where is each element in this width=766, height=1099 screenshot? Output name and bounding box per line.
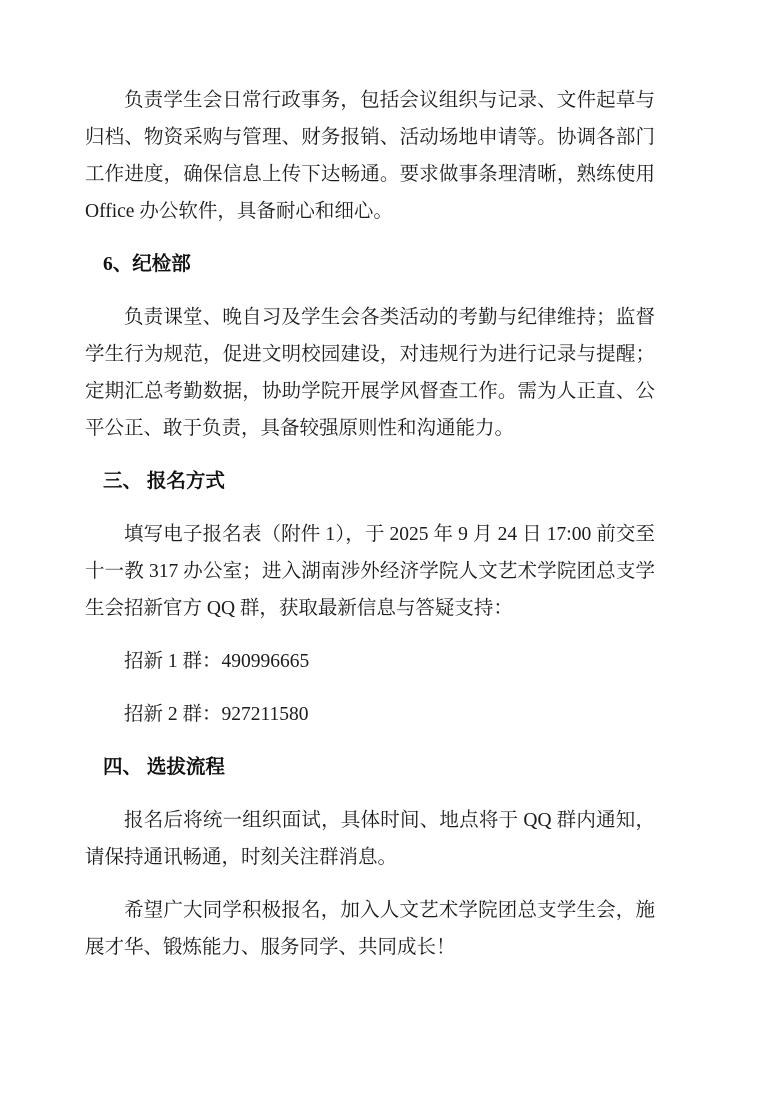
paragraph-office-dept-duties: 负责学生会日常行政事务，包括会议组织与记录、文件起草与归档、物资采购与管理、财务… (85, 82, 655, 230)
heading-selection-process: 四、 选拔流程 (85, 749, 655, 786)
paragraph-closing-appeal: 希望广大同学积极报名，加入人文艺术学院团总支学生会，施展才华、锻炼能力、服务同学… (85, 892, 655, 966)
paragraph-discipline-dept-duties: 负责课堂、晚自习及学生会各类活动的考勤与纪律维持；监督学生行为规范，促进文明校园… (85, 299, 655, 447)
paragraph-registration-details: 填写电子报名表（附件 1），于 2025 年 9 月 24 日 17:00 前交… (85, 516, 655, 627)
qq-group-1-line: 招新 1 群：490996665 (85, 643, 655, 680)
qq-group-2-line: 招新 2 群：927211580 (85, 696, 655, 733)
document-page: 负责学生会日常行政事务，包括会议组织与记录、文件起草与归档、物资采购与管理、财务… (0, 0, 766, 1099)
paragraph-interview-notice: 报名后将统一组织面试，具体时间、地点将于 QQ 群内通知，请保持通讯畅通，时刻关… (85, 802, 655, 876)
heading-discipline-dept: 6、纪检部 (85, 246, 655, 283)
heading-registration-method: 三、 报名方式 (85, 463, 655, 500)
